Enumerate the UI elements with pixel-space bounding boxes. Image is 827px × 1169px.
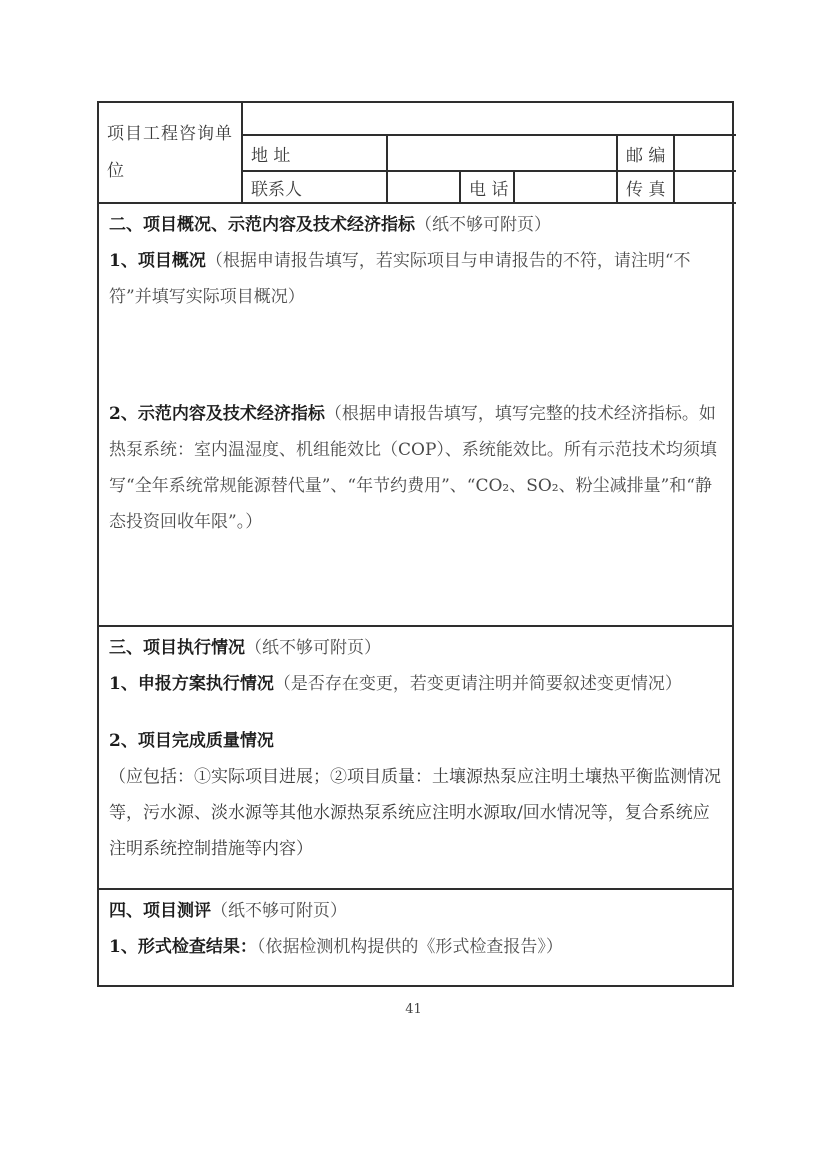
section2-item2: 2、示范内容及技术经济指标（根据申请报告填写，填写完整的技术经济指标。如热泵系统… xyxy=(109,396,722,540)
section3-title-line: 三、项目执行情况（纸不够可附页） xyxy=(109,630,722,666)
section-project-execution: 三、项目执行情况（纸不够可附页） 1、申报方案执行情况（是否存在变更，若变更请注… xyxy=(99,625,732,888)
contact-value-cell xyxy=(387,171,460,203)
consultant-unit-header-cell: 项目工程咨询单位 xyxy=(99,103,242,203)
section2-title: 二、项目概况、示范内容及技术经济指标 xyxy=(109,215,415,235)
section2-item1: 1、项目概况（根据申请报告填写，若实际项目与申请报告的不符，请注明“不符”并填写… xyxy=(109,243,722,315)
section-project-evaluation: 四、项目测评（纸不够可附页） 1、形式检查结果：（依据检测机构提供的《形式检查报… xyxy=(99,888,732,986)
section4-item1-title: 1、形式检查结果： xyxy=(109,937,257,957)
section4-item1: 1、形式检查结果：（依据检测机构提供的《形式检查报告》） xyxy=(109,929,722,965)
section3-title: 三、项目执行情况 xyxy=(109,638,245,658)
section4-title-note: （纸不够可附页） xyxy=(211,901,347,921)
consultant-info-table: 项目工程咨询单位 地 址 邮 编 联系人 电 话 传 真 xyxy=(99,103,736,204)
section3-title-note: （纸不够可附页） xyxy=(245,638,381,658)
form-sheet: 项目工程咨询单位 地 址 邮 编 联系人 电 话 传 真 二、项目概况、示范内容… xyxy=(97,101,734,987)
fax-value-cell xyxy=(674,171,736,203)
section3-item1-title: 1、申报方案执行情况 xyxy=(109,674,274,694)
section4-item1-note: （依据检测机构提供的《形式检查报告》） xyxy=(257,937,563,957)
section3-item1-note: （是否存在变更，若变更请注明并简要叙述变更情况） xyxy=(274,674,682,694)
section3-item2-title: 2、项目完成质量情况 xyxy=(109,731,274,751)
section3-item2: 2、项目完成质量情况 xyxy=(109,723,722,759)
address-label: 地 址 xyxy=(242,135,387,171)
address-value-cell xyxy=(387,135,617,171)
section3-item2-body: （应包括：①实际项目进展；②项目质量：土壤源热泵应注明土壤热平衡监测情况等，污水… xyxy=(109,759,722,867)
section4-title-line: 四、项目测评（纸不够可附页） xyxy=(109,893,722,929)
unit-name-value-cell xyxy=(242,103,736,135)
section2-title-note: （纸不够可附页） xyxy=(415,215,551,235)
postcode-label: 邮 编 xyxy=(617,135,674,171)
section2-item1-title: 1、项目概况 xyxy=(109,251,206,271)
section2-title-line: 二、项目概况、示范内容及技术经济指标（纸不够可附页） xyxy=(109,207,722,243)
fax-label: 传 真 xyxy=(617,171,674,203)
phone-value-cell xyxy=(514,171,617,203)
postcode-value-cell xyxy=(674,135,736,171)
section2-item2-title: 2、示范内容及技术经济指标 xyxy=(109,404,325,424)
section-project-overview: 二、项目概况、示范内容及技术经济指标（纸不够可附页） 1、项目概况（根据申请报告… xyxy=(99,204,732,625)
page-number: 41 xyxy=(0,1002,827,1017)
phone-label: 电 话 xyxy=(460,171,514,203)
document-page: { "page_number": "41", "consultant_table… xyxy=(0,0,827,1169)
contact-label: 联系人 xyxy=(242,171,387,203)
section3-item1: 1、申报方案执行情况（是否存在变更，若变更请注明并简要叙述变更情况） xyxy=(109,666,722,702)
section4-title: 四、项目测评 xyxy=(109,901,211,921)
